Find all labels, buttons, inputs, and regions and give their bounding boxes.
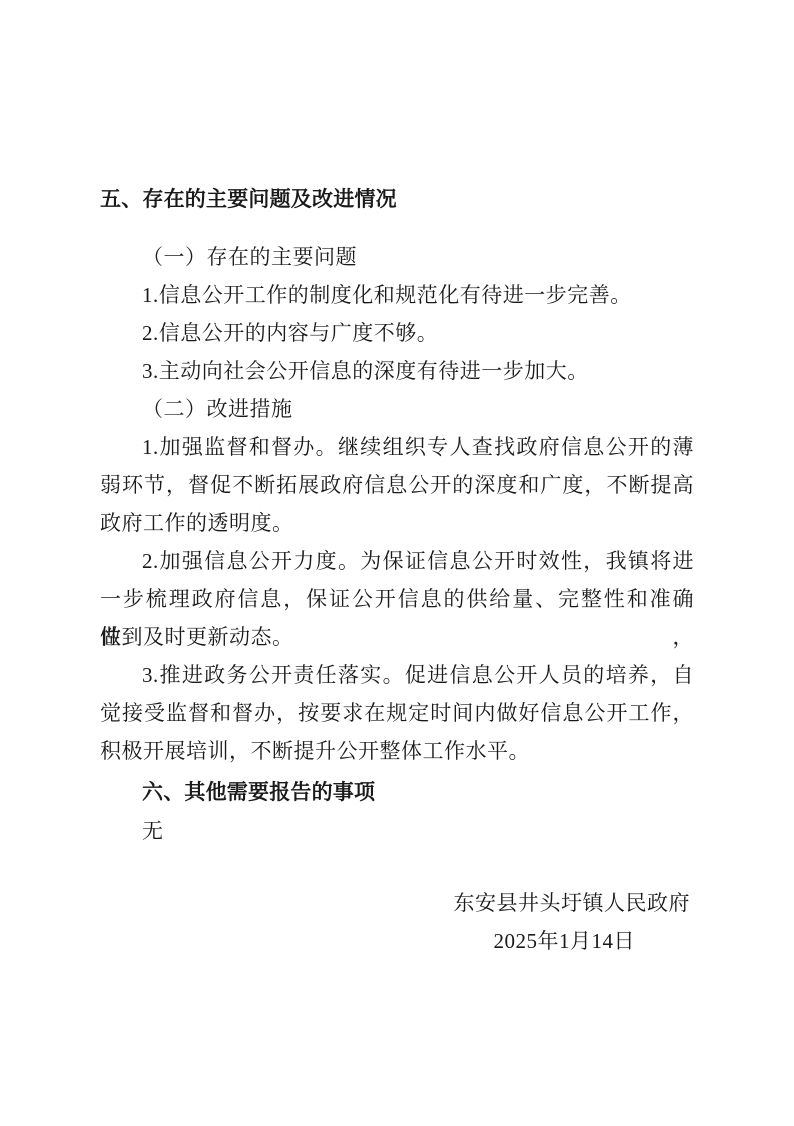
measure-3-line-1: 3.推进政务公开责任落实。促进信息公开人员的培养，自 (100, 656, 694, 694)
measure-1-line-3: 政府工作的透明度。 (100, 504, 694, 542)
measure-3-line-2: 觉接受监督和督办，按要求在规定时间内做好信息公开工作， (100, 694, 694, 732)
measure-3-line-3: 积极开展培训，不断提升公开整体工作水平。 (100, 732, 694, 770)
measure-2-line-2: 一步梳理政府信息，保证公开信息的供给量、完整性和准确性， (100, 580, 694, 618)
section-six-content: 无 (100, 812, 694, 850)
signature-block: 东安县井头圩镇人民政府 2025年1月14日 (100, 884, 694, 960)
signature-organization: 东安县井头圩镇人民政府 (100, 884, 694, 922)
subsection-one-heading: （一）存在的主要问题 (100, 238, 694, 276)
measure-2-line-1: 2.加强信息公开力度。为保证信息公开时效性，我镇将进 (100, 542, 694, 580)
signature-date: 2025年1月14日 (100, 922, 694, 960)
subsection-two-heading: （二）改进措施 (100, 390, 694, 428)
problem-item-2: 2.信息公开的内容与广度不够。 (100, 314, 694, 352)
document-page: 五、存在的主要问题及改进情况 （一）存在的主要问题 1.信息公开工作的制度化和规… (0, 0, 794, 1126)
problem-item-1: 1.信息公开工作的制度化和规范化有待进一步完善。 (100, 276, 694, 314)
measure-1-line-1: 1.加强监督和督办。继续组织专人查找政府信息公开的薄 (100, 428, 694, 466)
section-five-heading: 五、存在的主要问题及改进情况 (100, 181, 694, 219)
measure-1-line-2: 弱环节，督促不断拓展政府信息公开的深度和广度，不断提高 (100, 466, 694, 504)
problem-item-3: 3.主动向社会公开信息的深度有待进一步加大。 (100, 352, 694, 390)
section-six-heading: 六、其他需要报告的事项 (100, 774, 694, 812)
